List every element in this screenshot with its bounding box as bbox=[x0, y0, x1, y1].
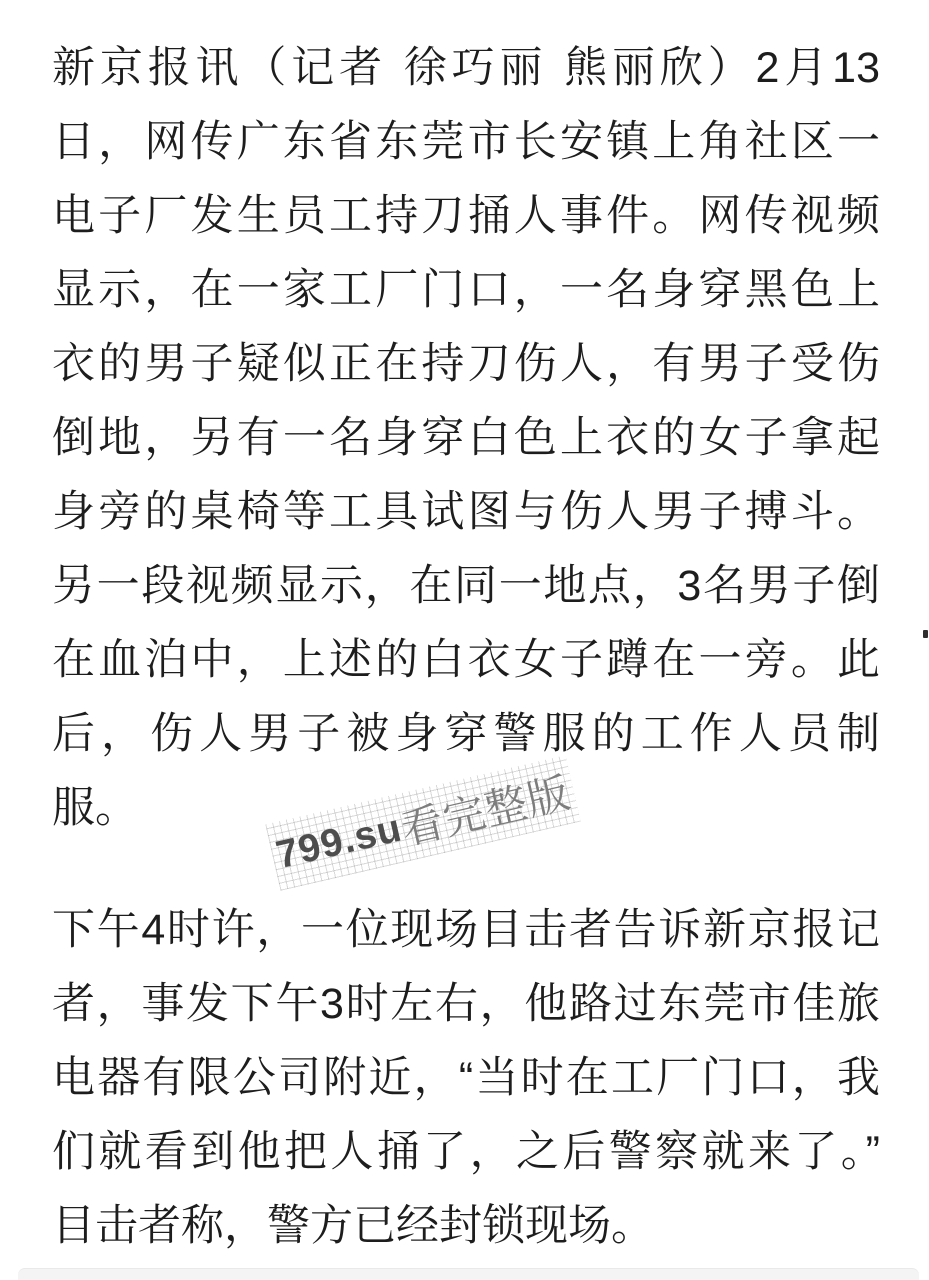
text-line: 日，网传广东省东莞市长安镇上角社区一 bbox=[52, 105, 880, 179]
text-line: 衣的男子疑似正在持刀伤人，有男子受伤 bbox=[52, 327, 880, 401]
article-body: 新京报讯（记者 徐巧丽 熊丽欣）2月13日，网传广东省东莞市长安镇上角社区一电子… bbox=[52, 31, 880, 1263]
text-line: 身旁的桌椅等工具试图与伤人男子搏斗。 bbox=[52, 475, 880, 549]
text-line: 倒地，另有一名身穿白色上衣的女子拿起 bbox=[52, 401, 880, 475]
text-line: 在血泊中，上述的白衣女子蹲在一旁。此 bbox=[52, 623, 880, 697]
text-line: 下午4时许，一位现场目击者告诉新京报记 bbox=[52, 893, 880, 967]
bottom-card-top-edge bbox=[18, 1268, 919, 1280]
text-line: 新京报讯（记者 徐巧丽 熊丽欣）2月13 bbox=[52, 31, 880, 105]
text-line: 另一段视频显示，在同一地点，3名男子倒 bbox=[52, 549, 880, 623]
text-line: 者，事发下午3时左右，他路过东莞市佳旅 bbox=[52, 967, 880, 1041]
text-line: 们就看到他把人捅了，之后警察就来了。” bbox=[52, 1115, 880, 1189]
text-line: 显示，在一家工厂门口，一名身穿黑色上 bbox=[52, 253, 880, 327]
text-line: 后，伤人男子被身穿警服的工作人员制 bbox=[52, 697, 880, 771]
paragraph: 下午4时许，一位现场目击者告诉新京报记者，事发下午3时左右，他路过东莞市佳旅电器… bbox=[52, 893, 880, 1263]
text-line: 电器有限公司附近，“当时在工厂门口，我 bbox=[52, 1041, 880, 1115]
text-line: 目击者称，警方已经封锁现场。 bbox=[52, 1189, 880, 1263]
screen-speck-artifact bbox=[923, 630, 928, 638]
paragraph: 新京报讯（记者 徐巧丽 熊丽欣）2月13日，网传广东省东莞市长安镇上角社区一电子… bbox=[52, 31, 880, 845]
text-line: 电子厂发生员工持刀捅人事件。网传视频 bbox=[52, 179, 880, 253]
